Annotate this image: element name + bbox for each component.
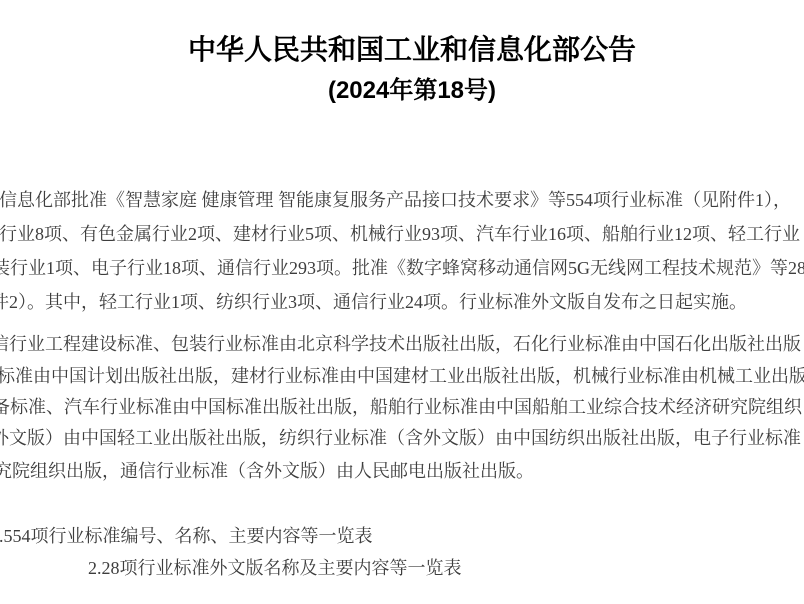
announcement-number: (2024年第18号) bbox=[0, 76, 804, 106]
body-line-7: 备标准、汽车行业标准由中国标准出版社出版，船舶行业标准由中国船舶工业综合技术经济… bbox=[0, 397, 802, 417]
body-line-3: 装行业1项、电子行业18项、通信行业293项。批准《数字蜂窝移动通信网5G无线网… bbox=[0, 258, 804, 278]
body-line-4: 件2）。其中，轻工行业1项、纺织行业3项、通信行业24项。行业标准外文版自发布之… bbox=[0, 292, 747, 312]
body-line-6: 标准由中国计划出版社出版，建材行业标准由中国建材工业出版社出版，机械行业标准由机… bbox=[0, 366, 804, 386]
attachment-item-2: 2.28项行业标准外文版名称及主要内容等一览表 bbox=[88, 558, 462, 578]
body-line-2: 行业8项、有色金属行业2项、建材行业5项、机械行业93项、汽车行业16项、船舶行… bbox=[0, 224, 800, 244]
attachment-item-1: 1.554项行业标准编号、名称、主要内容等一览表 bbox=[0, 526, 373, 546]
document-page: 中华人民共和国工业和信息化部公告 (2024年第18号) 信息化部批准《智慧家庭… bbox=[0, 0, 804, 604]
body-line-5: 信行业工程建设标准、包装行业标准由北京科学技术出版社出版，石化行业标准由中国石化… bbox=[0, 334, 801, 354]
body-line-8: 外文版）由中国轻工业出版社出版，纺织行业标准（含外文版）由中国纺织出版社出版，电… bbox=[0, 428, 801, 448]
body-line-1: 信息化部批准《智慧家庭 健康管理 智能康复服务产品接口技术要求》等554项行业标… bbox=[0, 190, 791, 210]
body-line-9: 究院组织出版，通信行业标准（含外文版）由人民邮电出版社出版。 bbox=[0, 461, 534, 481]
announcement-title: 中华人民共和国工业和信息化部公告 bbox=[0, 33, 804, 67]
